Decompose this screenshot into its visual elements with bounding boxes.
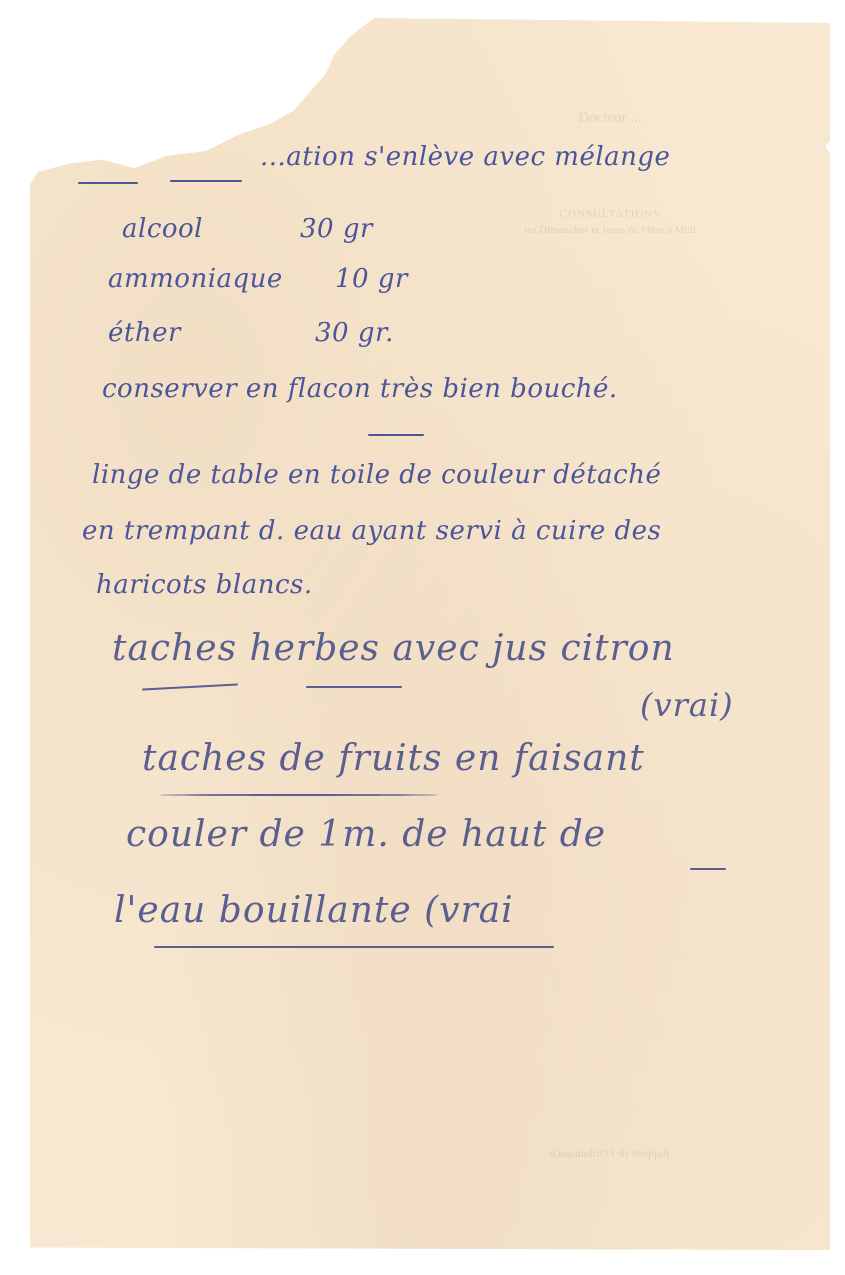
linen-note-line-2: en trempant d. eau ayant servi à cuire d… xyxy=(82,516,661,546)
ingredient-quantity: 10 gr xyxy=(335,264,408,294)
document-page: Docteur ... CONSULTATIONS les Dimanches … xyxy=(30,18,830,1250)
grass-stain-annotation: (vrai) xyxy=(640,686,734,724)
underline-taches-de-fruits xyxy=(160,794,438,796)
ingredient-name: alcool xyxy=(122,214,203,244)
letterhead-doctor: Docteur ... xyxy=(490,110,730,127)
ingredient-name: ammoniaque xyxy=(108,264,283,294)
recipe-instruction: conserver en flacon très bien bouché. xyxy=(102,374,618,404)
footer-mirrored-text: Rapport de l'Ordonnance xyxy=(500,1146,720,1161)
fruit-note-line-3: l'eau bouillante (vrai xyxy=(114,890,514,931)
letterhead-hours: les Dimanches et Jours de Fêtes à Midi xyxy=(460,224,760,236)
fruit-note-line-2: couler de 1m. de haut de xyxy=(126,814,606,855)
underline-de xyxy=(690,868,726,870)
underline-taches xyxy=(142,683,238,690)
letterhead-consultations: CONSULTATIONS xyxy=(500,208,720,220)
ingredient-quantity: 30 gr xyxy=(300,214,373,244)
section-divider xyxy=(368,434,424,436)
ingredient-name: éther xyxy=(108,318,181,348)
torn-top-line: ...ation s'enlève avec mélange xyxy=(260,142,670,172)
torn-divider-left xyxy=(78,182,138,184)
ingredient-quantity: 30 gr. xyxy=(315,318,394,348)
fruit-note-line-1: taches de fruits en faisant xyxy=(142,738,645,779)
underline-herbes xyxy=(306,686,402,688)
linen-note-line-3: haricots blancs. xyxy=(96,570,313,600)
linen-note-line-1: linge de table en toile de couleur détac… xyxy=(92,460,661,490)
grass-stain-note: taches herbes avec jus citron xyxy=(112,628,675,669)
torn-divider-right xyxy=(170,180,242,182)
underline-eau-bouillante xyxy=(154,946,554,948)
